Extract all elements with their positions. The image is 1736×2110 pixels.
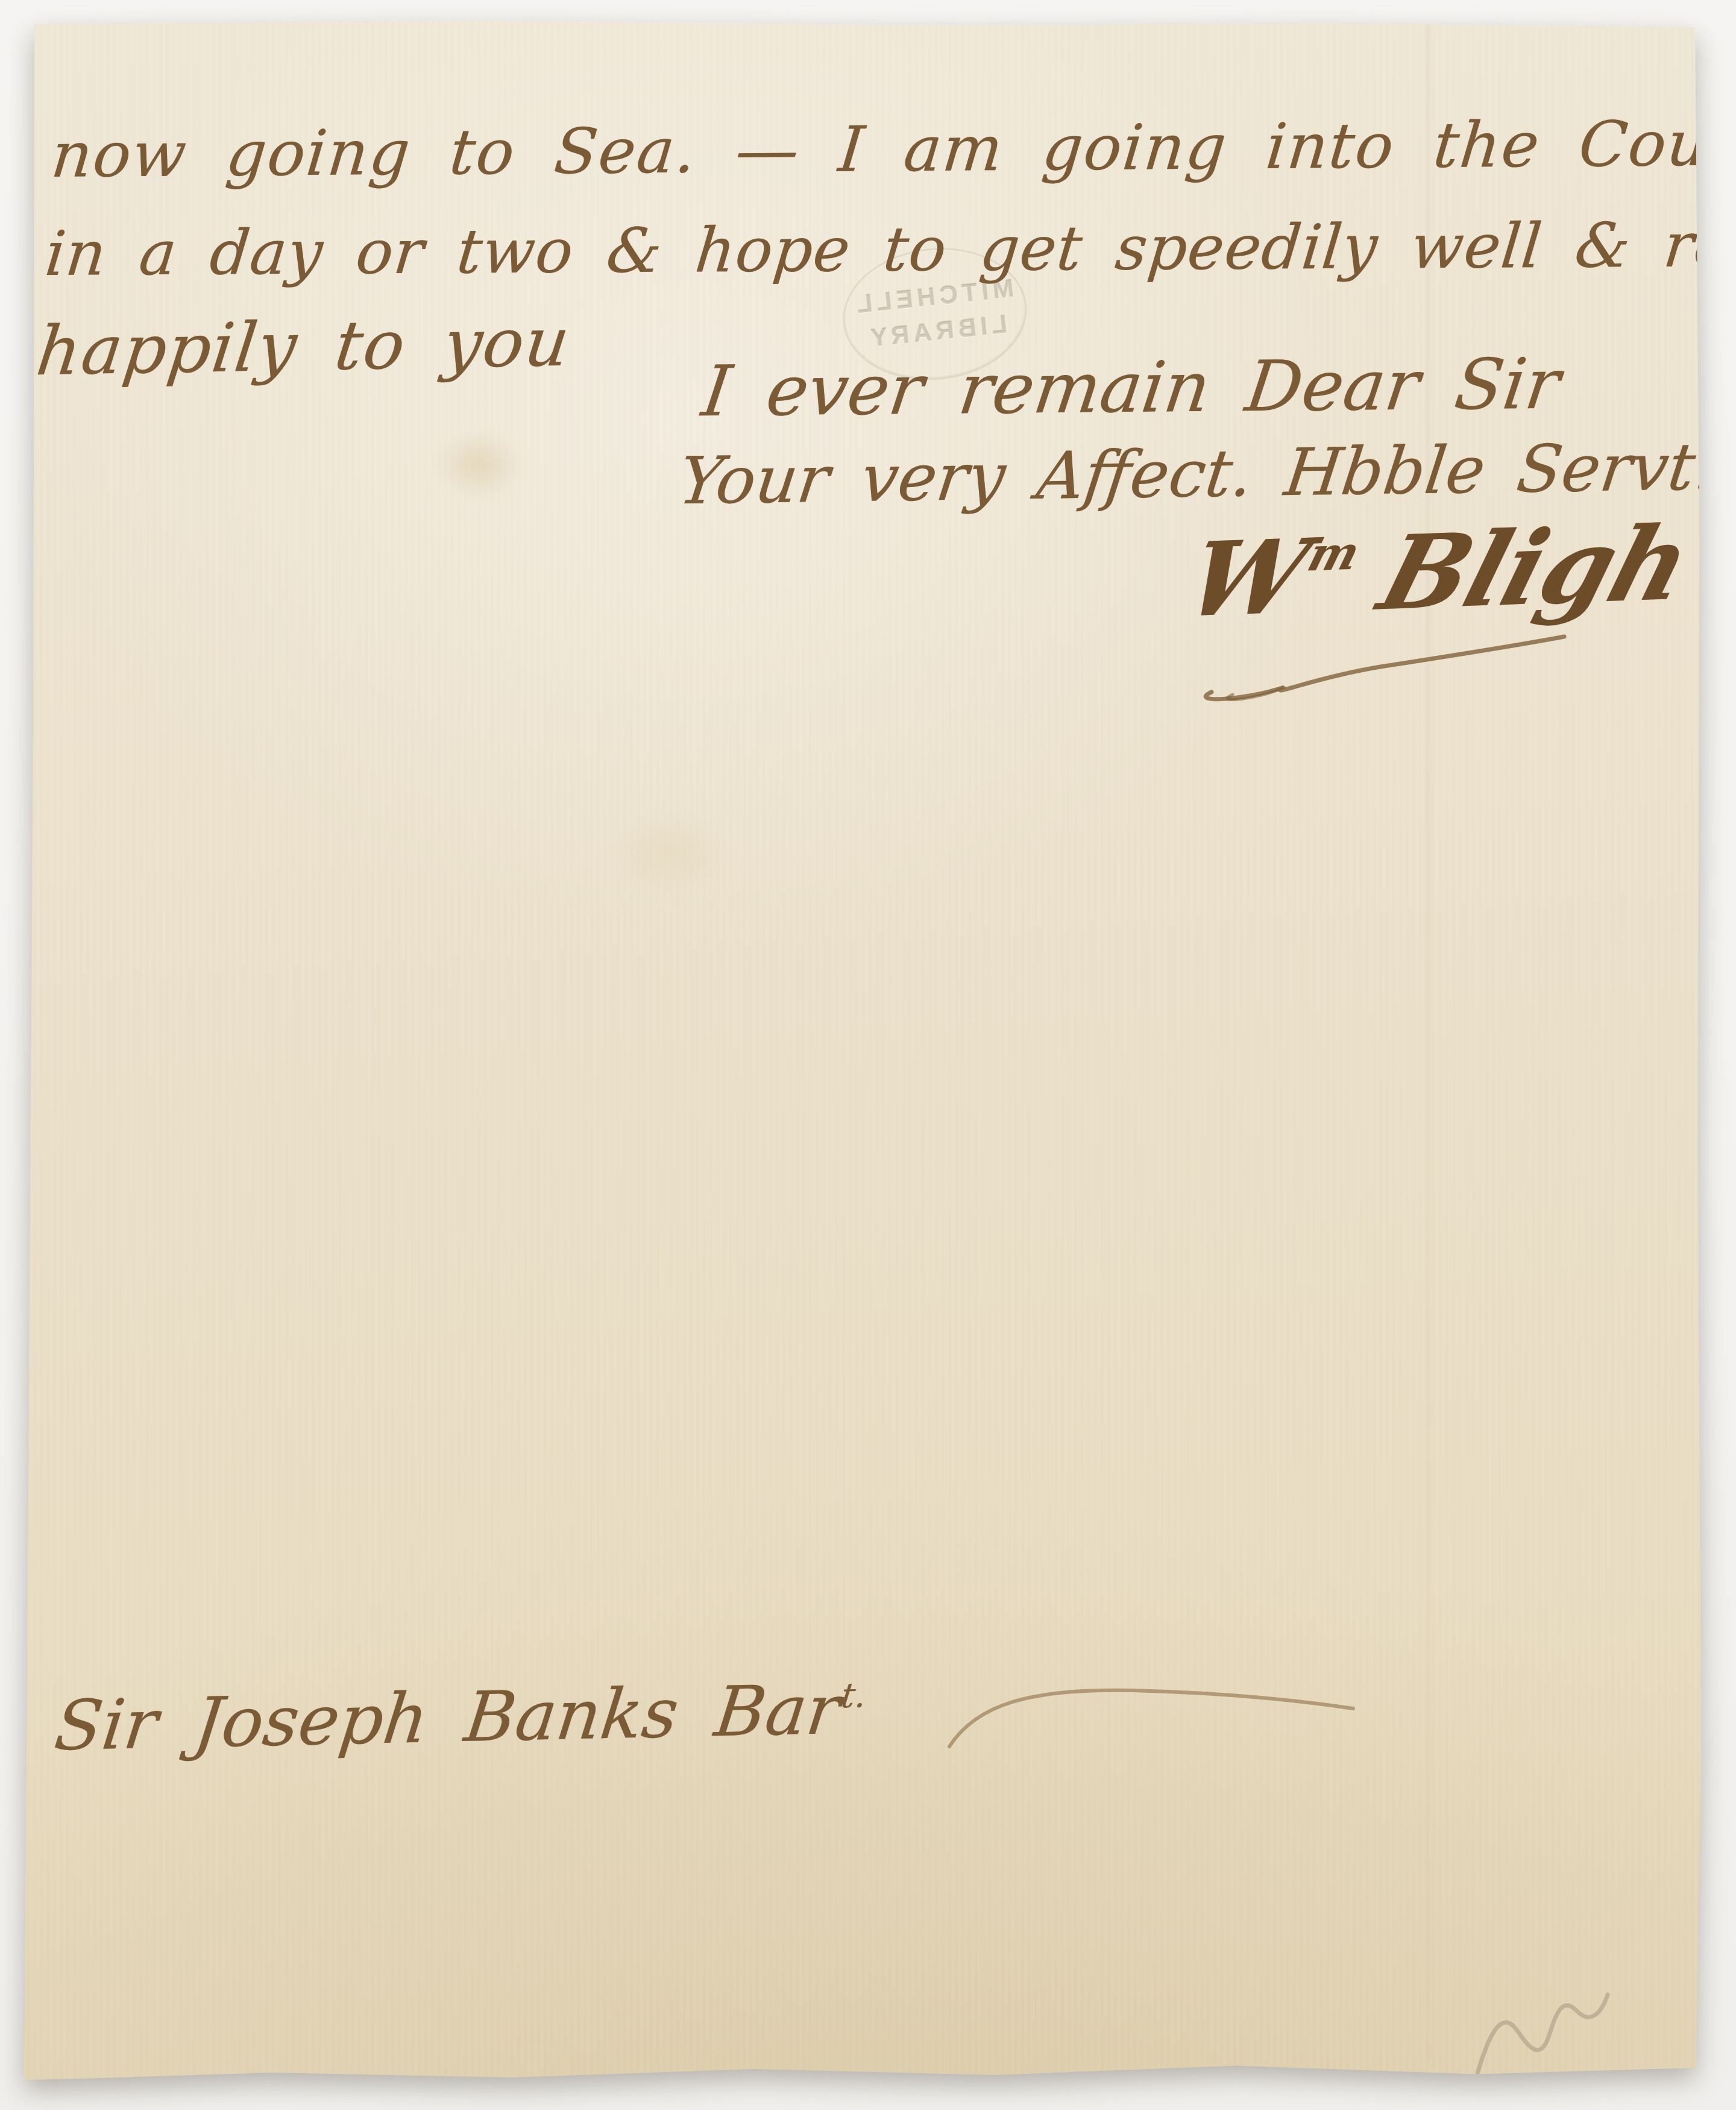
letter-sheet: MITCHELL LIBRARY now going to Sea. — I a…	[0, 0, 1736, 2110]
letter-body-line-3: happily to you	[33, 303, 575, 391]
letter-closing-line-2: Your very Affect. Hbble Servt.	[675, 429, 1720, 519]
paper-crease	[1427, 12, 1430, 2062]
recipient-name: Sir Joseph Banks Bar	[51, 1669, 844, 1766]
letter-body-line-1: now going to Sea. — I am going into the …	[48, 105, 1736, 192]
stamp-line-2: LIBRARY	[865, 310, 1008, 353]
signature-flourish	[1175, 620, 1573, 704]
recipient-address: Sir Joseph Banks Bart.	[51, 1669, 869, 1766]
signature-surname: Bligh	[1333, 502, 1703, 635]
library-blind-stamp-text: MITCHELL LIBRARY	[851, 274, 1019, 354]
recipient-suffix-superscript: t.	[839, 1675, 869, 1716]
recipient-suffix-flourish	[940, 1677, 1362, 1756]
paper-stain	[591, 796, 747, 910]
pencil-inscription	[1450, 1956, 1637, 2099]
paper-stain	[416, 416, 542, 512]
letter-body-line-2: in a day or two & hope to get speedily w…	[42, 209, 1736, 290]
letter-sheet-wrapper: MITCHELL LIBRARY now going to Sea. — I a…	[0, 0, 1736, 2110]
letter-closing-line-1: I ever remain Dear Sir	[697, 344, 1565, 433]
